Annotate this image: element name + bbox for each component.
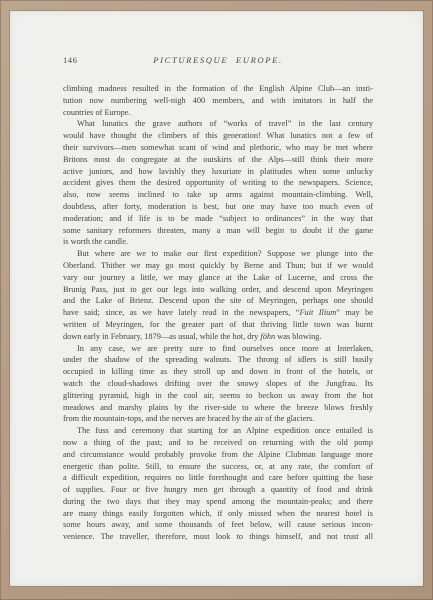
text-line: now a thing of the past; and to be recei…	[63, 437, 373, 449]
text-line: energetic than polite. Still, to ensure …	[63, 461, 373, 473]
text-line: In any case, we are pretty sure to find …	[63, 343, 373, 355]
text-line: have said; since, as we have lately read…	[63, 307, 373, 319]
text-line: venience. The traveller, therefore, must…	[63, 531, 373, 543]
text-line: are many things easily forgotten which, …	[63, 508, 373, 520]
text-line: their survivors—men somewhat scant of wi…	[63, 142, 373, 154]
text-line: some hours away, and some thousands of f…	[63, 519, 373, 531]
text-line: What lunatics the grave authors of “work…	[63, 118, 373, 130]
text-line: The fuss and ceremony that starting for …	[63, 425, 373, 437]
text-line: and the Lake of Brienz. Descend upon the…	[63, 295, 373, 307]
text-line: Brunig Pass, just to get our legs into w…	[63, 284, 373, 296]
page-body: climbing madness resulted in the formati…	[63, 83, 373, 543]
text-line: and circumstance would probably provoke …	[63, 449, 373, 461]
text-line: is worth the candle.	[63, 236, 373, 248]
text-line: also, now seems inclined to take up arms…	[63, 189, 373, 201]
text-line: a difficult expedition, requires no litt…	[63, 472, 373, 484]
running-title: PICTURESQUE EUROPE.	[63, 55, 373, 65]
text-line: accident gives them the desired opportun…	[63, 177, 373, 189]
text-line: down early in February, 1879—as usual, w…	[63, 331, 373, 343]
text-line: written of Meyringen, for the greater pa…	[63, 319, 373, 331]
text-line: vary our journey a little, we may glance…	[63, 272, 373, 284]
running-head: 146 PICTURESQUE EUROPE.	[63, 55, 373, 67]
text-line: of supplies. Four or five hungry men get…	[63, 484, 373, 496]
text-line: under the shadow of the spreading walnut…	[63, 354, 373, 366]
book-page: 146 PICTURESQUE EUROPE. climbing madness…	[10, 11, 423, 586]
text-line: occupied in killing time as they stroll …	[63, 366, 373, 378]
text-line: from the mountain-tops, and the nerves a…	[63, 413, 373, 425]
scanned-page-mat: 146 PICTURESQUE EUROPE. climbing madness…	[0, 0, 433, 600]
text-line: But where are we to make our first exped…	[63, 248, 373, 260]
text-line: countries of Europe.	[63, 107, 373, 119]
text-line: tution now numbering well-nigh 400 membe…	[63, 95, 373, 107]
text-line: during the two days that they may spend …	[63, 496, 373, 508]
text-line: climbing madness resulted in the formati…	[63, 83, 373, 95]
text-line: Britons most do congregate at the outski…	[63, 154, 373, 166]
text-line: would have thought the climbers of this …	[63, 130, 373, 142]
text-line: glittering pyramid, high in the cool air…	[63, 390, 373, 402]
text-line: Oberland. Thither we may go most quickly…	[63, 260, 373, 272]
text-line: doubtless, after forty, moderation is be…	[63, 201, 373, 213]
text-line: active juniors, and how lavishly they lu…	[63, 166, 373, 178]
text-line: meadows and marshy plains by the river-s…	[63, 402, 373, 414]
text-line: moderation; and if life is to be made “s…	[63, 213, 373, 225]
text-line: some sanitary reformers threaten, many a…	[63, 225, 373, 237]
text-line: watch the cloud-shadows drifting over th…	[63, 378, 373, 390]
